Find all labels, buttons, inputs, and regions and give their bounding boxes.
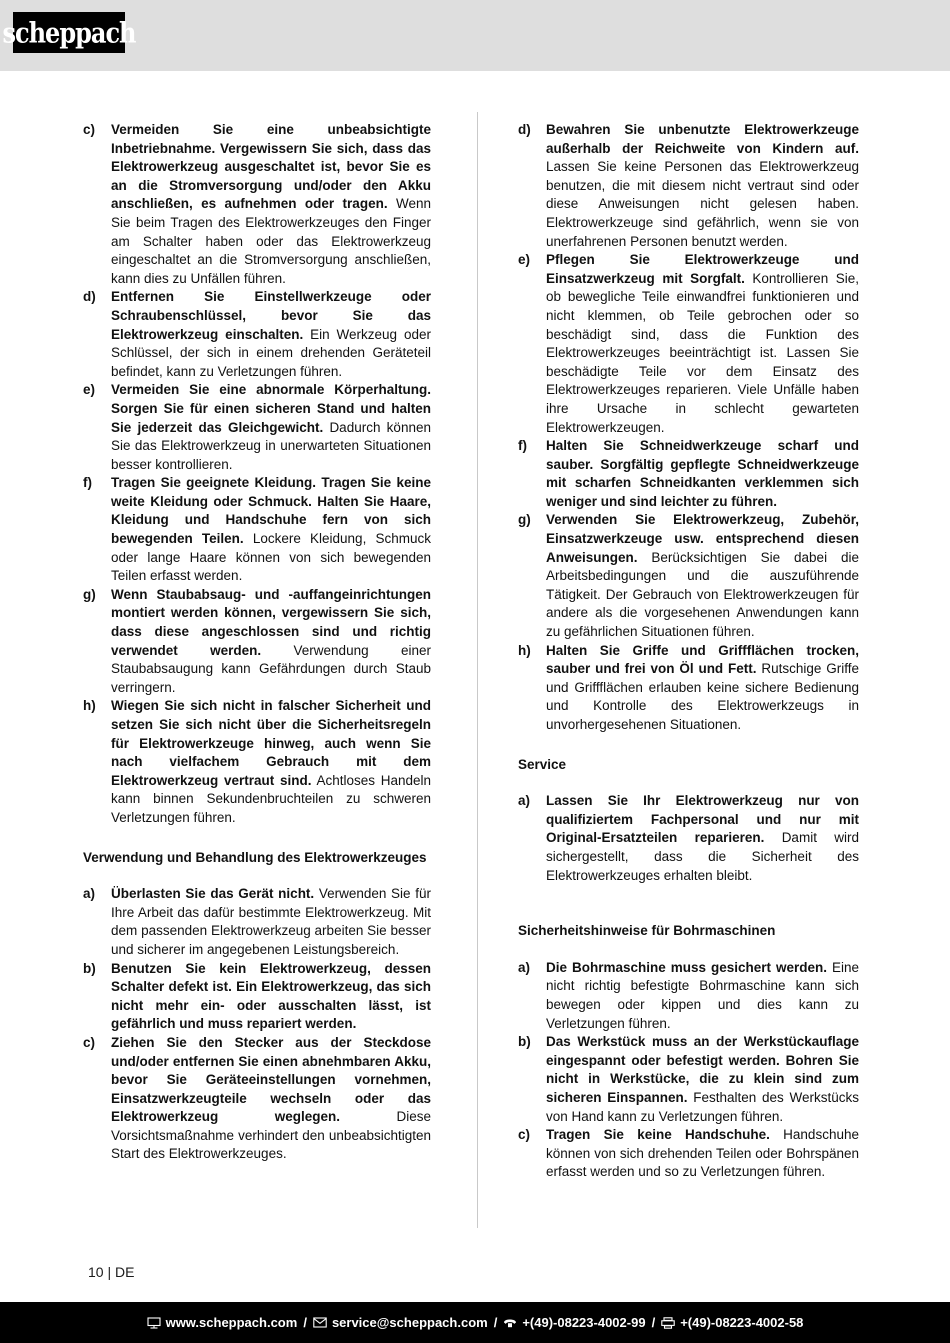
item-text: Wiegen Sie sich nicht in falscher Sicher… (111, 697, 431, 827)
item-bold-text: Halten Sie Schneidwerkzeuge scharf und s… (546, 438, 859, 509)
item-text: Entfernen Sie Einstellwerkzeuge oder Sch… (111, 288, 431, 381)
item-text: Verwenden Sie Elektrowerkzeug, Zubehör, … (546, 511, 859, 641)
footer-email: service@scheppach.com (313, 1315, 488, 1330)
item-label: a) (83, 885, 111, 959)
list-item: e) Pflegen Sie Elektrowerkzeuge und Eins… (518, 251, 859, 437)
item-text: Tragen Sie keine Handschuhe. Handschuhe … (546, 1126, 859, 1182)
page-footer: www.scheppach.com / service@scheppach.co… (0, 1302, 950, 1343)
footer-email-text: service@scheppach.com (332, 1315, 488, 1330)
item-text: Pflegen Sie Elektrowerkzeuge und Einsatz… (546, 251, 859, 437)
item-text: Bewahren Sie unbenutzte Elektrowerkzeuge… (546, 121, 859, 251)
footer-separator: / (652, 1315, 656, 1330)
item-label: c) (83, 121, 111, 288)
item-label: e) (83, 381, 111, 474)
footer-website-text: www.scheppach.com (166, 1315, 298, 1330)
item-label: b) (518, 1033, 546, 1126)
item-label: f) (518, 437, 546, 511)
item-label: c) (518, 1126, 546, 1182)
fax-icon (661, 1317, 675, 1329)
item-bold-text: Überlasten Sie das Gerät nicht. (111, 886, 314, 901)
item-text: Vermeiden Sie eine unbeabsichtigte Inbet… (111, 121, 431, 288)
list-item: e) Vermeiden Sie eine abnormale Körperha… (83, 381, 431, 474)
item-text: Wenn Staubabsaug- und -auffangeinrichtun… (111, 586, 431, 698)
item-normal-text: Lassen Sie keine Personen das Elektrower… (546, 159, 859, 248)
item-bold-text: Tragen Sie keine Handschuhe. (546, 1127, 770, 1142)
computer-icon (147, 1317, 161, 1329)
list-item: c) Tragen Sie keine Handschuhe. Handschu… (518, 1126, 859, 1182)
manual-page: scheppach c) Vermeiden Sie eine unbeabsi… (0, 0, 950, 1343)
list-item: d) Bewahren Sie unbenutzte Elektrowerkze… (518, 121, 859, 251)
list-item: f) Halten Sie Schneidwerkzeuge scharf un… (518, 437, 859, 511)
item-bold-text: Ziehen Sie den Stecker aus der Steckdose… (111, 1035, 431, 1124)
item-text: Lassen Sie Ihr Elektrowerkzeug nur von q… (546, 792, 859, 885)
item-text: Die Bohrmaschine muss gesichert werden. … (546, 959, 859, 1033)
list-item: h) Halten Sie Griffe und Griffflächen tr… (518, 642, 859, 735)
item-label: b) (83, 960, 111, 1034)
item-bold-text: Vermeiden Sie eine unbeabsichtigte Inbet… (111, 122, 431, 211)
item-label: d) (83, 288, 111, 381)
item-text: Benutzen Sie kein Elektrowerkzeug, desse… (111, 960, 431, 1034)
right-column: d) Bewahren Sie unbenutzte Elektrowerkze… (518, 121, 859, 1182)
list-item: d) Entfernen Sie Einstellwerkzeuge oder … (83, 288, 431, 381)
list-item: g) Wenn Staubabsaug- und -auffangeinrich… (83, 586, 431, 698)
item-text: Ziehen Sie den Stecker aus der Steckdose… (111, 1034, 431, 1164)
footer-fax: +(49)-08223-4002-58 (661, 1315, 803, 1330)
footer-fax-text: +(49)-08223-4002-58 (680, 1315, 803, 1330)
list-item: a) Die Bohrmaschine muss gesichert werde… (518, 959, 859, 1033)
list-item: c) Vermeiden Sie eine unbeabsichtigte In… (83, 121, 431, 288)
section-heading-bohrmaschinen: Sicherheitshinweise für Bohrmaschinen (518, 922, 859, 941)
page-number: 10 | DE (88, 1264, 134, 1280)
item-label: d) (518, 121, 546, 251)
item-bold-text: Die Bohrmaschine muss gesichert werden. (546, 960, 827, 975)
left-column: c) Vermeiden Sie eine unbeabsichtigte In… (83, 121, 431, 1164)
list-item: h) Wiegen Sie sich nicht in falscher Sic… (83, 697, 431, 827)
item-normal-text: Kontrollieren Sie, ob bewegliche Teile e… (546, 271, 859, 435)
item-text: Halten Sie Schneidwerkzeuge scharf und s… (546, 437, 859, 511)
list-item: a) Überlasten Sie das Gerät nicht. Verwe… (83, 885, 431, 959)
footer-separator: / (494, 1315, 498, 1330)
footer-separator: / (303, 1315, 307, 1330)
list-item: b) Benutzen Sie kein Elektrowerkzeug, de… (83, 960, 431, 1034)
list-item: f) Tragen Sie geeignete Kleidung. Tragen… (83, 474, 431, 586)
scheppach-logo-text: scheppach (2, 16, 135, 49)
envelope-icon (313, 1317, 327, 1328)
item-label: h) (83, 697, 111, 827)
item-label: g) (83, 586, 111, 698)
section-heading-verwendung: Verwendung und Behandlung des Elektrower… (83, 849, 431, 868)
item-label: g) (518, 511, 546, 641)
telephone-icon (503, 1317, 517, 1328)
list-item: g) Verwenden Sie Elektrowerkzeug, Zubehö… (518, 511, 859, 641)
item-bold-text: Benutzen Sie kein Elektrowerkzeug, desse… (111, 961, 431, 1032)
item-text: Das Werkstück muss an der Werkstückaufla… (546, 1033, 859, 1126)
item-label: a) (518, 959, 546, 1033)
item-bold-text: Bewahren Sie unbenutzte Elektrowerkzeuge… (546, 122, 859, 156)
item-text: Halten Sie Griffe und Griffflächen trock… (546, 642, 859, 735)
item-text: Vermeiden Sie eine abnormale Körperhaltu… (111, 381, 431, 474)
item-label: h) (518, 642, 546, 735)
column-divider (477, 112, 478, 1228)
scheppach-logo: scheppach (13, 12, 125, 53)
footer-phone-text: +(49)-08223-4002-99 (522, 1315, 645, 1330)
header-band: scheppach (0, 0, 950, 71)
item-label: a) (518, 792, 546, 885)
list-item: b) Das Werkstück muss an der Werkstückau… (518, 1033, 859, 1126)
section-heading-service: Service (518, 756, 859, 775)
item-text: Überlasten Sie das Gerät nicht. Verwende… (111, 885, 431, 959)
footer-website: www.scheppach.com (147, 1315, 298, 1330)
item-label: c) (83, 1034, 111, 1164)
item-label: f) (83, 474, 111, 586)
item-text: Tragen Sie geeignete Kleidung. Tragen Si… (111, 474, 431, 586)
item-label: e) (518, 251, 546, 437)
list-item: a) Lassen Sie Ihr Elektrowerkzeug nur vo… (518, 792, 859, 885)
list-item: c) Ziehen Sie den Stecker aus der Steckd… (83, 1034, 431, 1164)
footer-phone: +(49)-08223-4002-99 (503, 1315, 645, 1330)
